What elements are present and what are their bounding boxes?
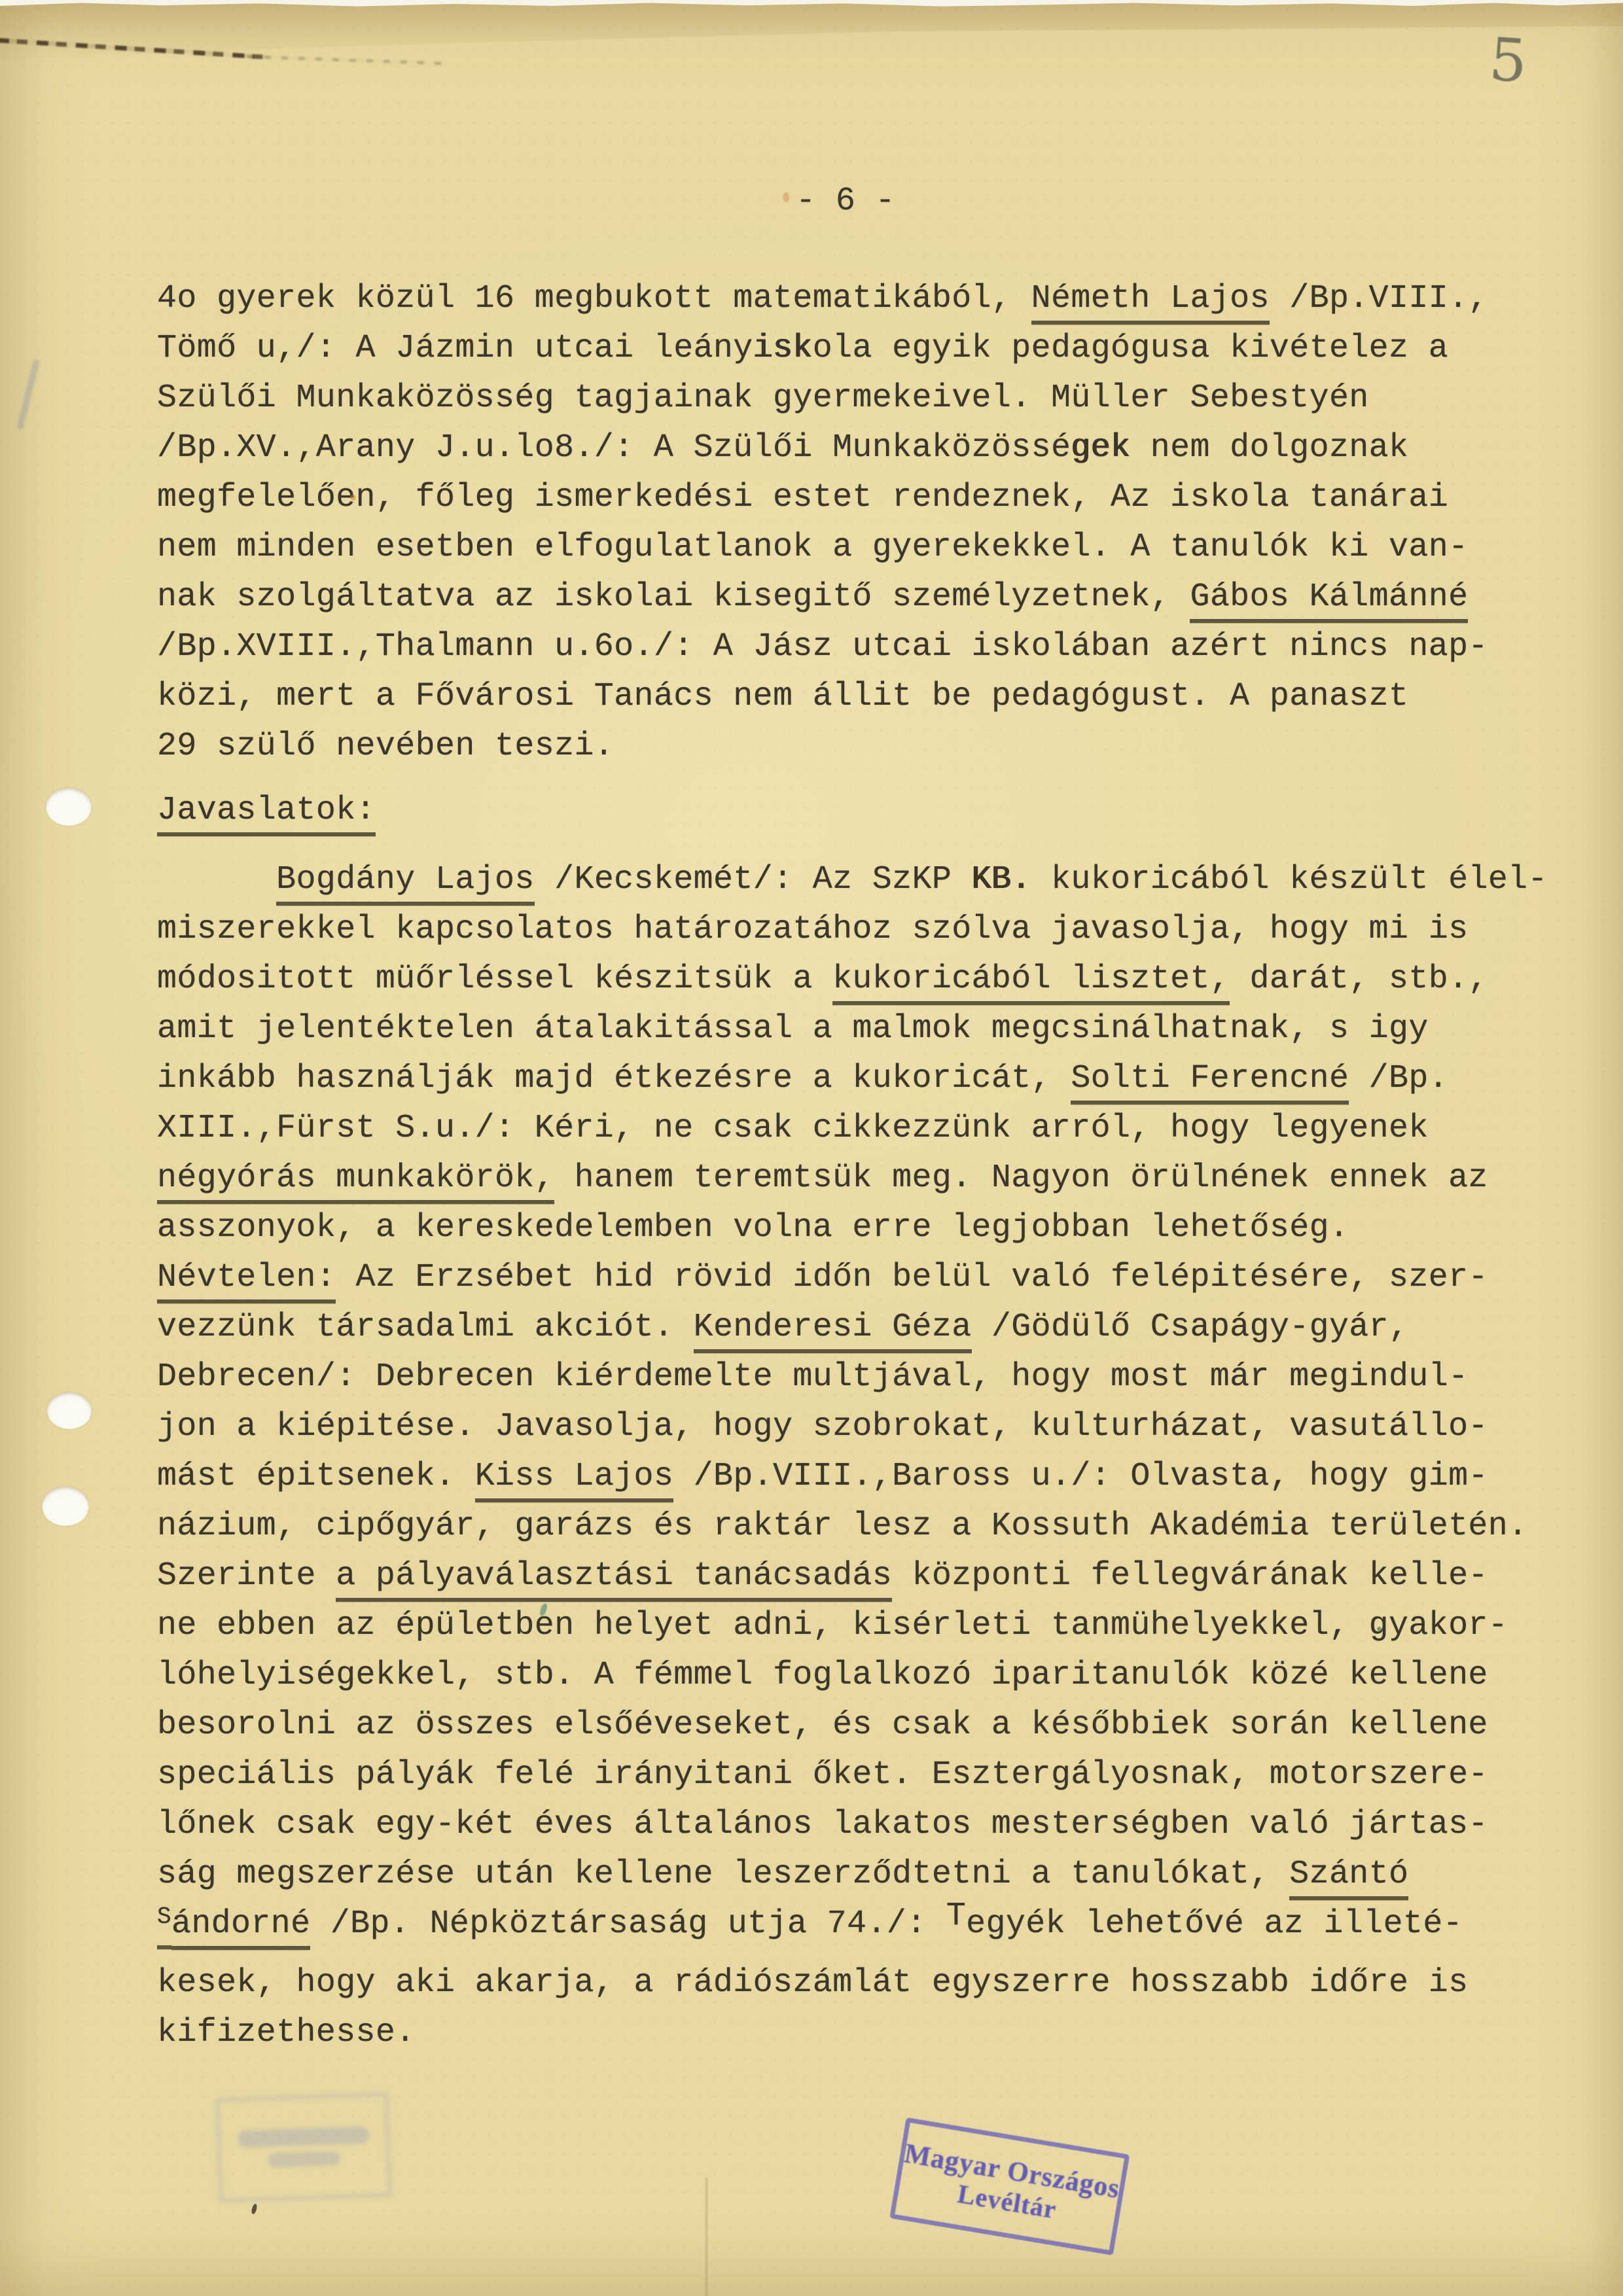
punch-hole <box>47 1392 92 1429</box>
underlined-text: Solti Ferencné <box>1071 1060 1349 1104</box>
text-segment: Szülői Munkaközösség tagjainak gyermekei… <box>157 380 1369 417</box>
underlined-text: négyórás munkakörök, <box>157 1159 554 1204</box>
underlined-text: Szántó <box>1289 1856 1408 1900</box>
text-line: kifizethesse. <box>157 2008 1577 2058</box>
text-segment: darát, stb., <box>1230 961 1488 998</box>
text-segment: /Bp.XV.,Arany J.u.lo8./: A Szülői Munkak… <box>157 429 1071 467</box>
text-segment: /Gödülő Csapágy-gyár, <box>972 1309 1409 1346</box>
text-segment: /Kecskemét/: Az SzKP <box>535 861 972 898</box>
text-segment: nem dolgoznak <box>1130 429 1408 467</box>
text-segment: kifizethesse. <box>157 2014 416 2051</box>
text-segment: közi, mert a Fővárosi Tanács nem állit b… <box>157 678 1408 715</box>
text-segment: nak szolgáltatva az iskolai kisegitő sze… <box>157 578 1190 616</box>
text-line: /Bp.XVIII.,Thalmann u.6o./: A Jász utcai… <box>157 622 1577 672</box>
text-line: nak szolgáltatva az iskolai kisegitő sze… <box>157 573 1577 622</box>
text-line: ne ebben az épületben helyet adni, kisér… <box>157 1601 1577 1651</box>
text-line: Szerinte a pályaválasztási tanácsadás kö… <box>157 1551 1577 1601</box>
text-line: Névtelen: Az Erzsébet hid rövid időn bel… <box>157 1253 1577 1303</box>
text-line: inkább használják majd étkezésre a kukor… <box>157 1054 1577 1104</box>
stamp-bleedthrough-smudge <box>268 2151 340 2168</box>
text-segment: /Bp.VIII., <box>1270 280 1488 317</box>
text-line: négyórás munkakörök, hanem teremtsük meg… <box>157 1154 1577 1203</box>
text-line: /Bp.XV.,Arany J.u.lo8./: A Szülői Munkak… <box>157 423 1577 473</box>
text-segment: módositott müőrléssel készitsük a <box>157 961 832 998</box>
text-line: Bogdány Lajos /Kecskemét/: Az SzKP KB. k… <box>157 855 1577 905</box>
text-line: 29 szülő nevében teszi. <box>157 722 1577 771</box>
text-segment: hanem teremtsük meg. Nagyon örülnének en… <box>554 1159 1488 1197</box>
typewritten-text: 4o gyerek közül 16 megbukott matematikáb… <box>157 274 1577 2058</box>
text-segment: kukoricából készült élel- <box>1031 861 1548 898</box>
text-segment: ne ebben az épületben helyet adni, kisér… <box>157 1607 1508 1644</box>
text-line: miszerekkel kapcsolatos határozatához sz… <box>157 905 1577 955</box>
underlined-text: Javaslatok: <box>157 792 376 836</box>
text-segment: Szerinte <box>157 1557 336 1595</box>
text-segment: lőnek csak egy-két éves általános lakato… <box>157 1806 1488 1843</box>
underlined-text: Kiss Lajos <box>475 1458 674 1502</box>
fold-crease <box>0 38 265 60</box>
text-line: Javaslatok: <box>157 786 1577 836</box>
text-segment: /Bp. Népköztársaság utja 74./: <box>310 1905 946 1943</box>
text-segment: /Bp.XVIII.,Thalmann u.6o./: A Jász utcai… <box>157 628 1488 665</box>
handwritten-page-number: 5 <box>1487 25 1529 96</box>
stamp-bleedthrough <box>215 2092 391 2202</box>
text-segment: ság megszerzése után kellene leszerződte… <box>157 1856 1289 1893</box>
text-segment: KB. <box>972 861 1031 898</box>
text-segment: Tömő u,/: A Jázmin utcai leány <box>157 330 753 367</box>
text-segment: 4o gyerek közül 16 megbukott matematikáb… <box>157 280 1031 317</box>
punch-hole <box>42 1487 89 1526</box>
text-line: ság megszerzése után kellene leszerződte… <box>157 1850 1577 1899</box>
punch-hole <box>46 788 92 826</box>
text-segment <box>157 861 276 898</box>
text-segment: miszerekkel kapcsolatos határozatához sz… <box>157 911 1468 948</box>
torn-paper-edge <box>0 0 1623 10</box>
archive-stamp: Magyar Országos Levéltár <box>889 2117 1130 2255</box>
pencil-margin-mark <box>16 359 40 430</box>
text-line: lőnek csak egy-két éves általános lakato… <box>157 1800 1577 1850</box>
underlined-text: ándorné <box>171 1905 310 1950</box>
text-line: názium, cipőgyár, garázs és raktár lesz … <box>157 1502 1577 1551</box>
page-number: - 6 - <box>34 177 1623 226</box>
text-segment: egyék lehetővé az illeté- <box>966 1905 1463 1943</box>
fold-crease-faint <box>247 55 444 65</box>
text-line: asszonyok, a kereskedelemben volna erre … <box>157 1203 1577 1253</box>
text-line: Debrecen/: Debrecen kiérdemelte multjáva… <box>157 1352 1577 1402</box>
text-segment: inkább használják majd étkezésre a kukor… <box>157 1060 1071 1097</box>
text-line: Sándorné /Bp. Népköztársaság utja 74./: … <box>157 1899 1577 1958</box>
text-segment: speciális pályák felé irányitani őket. E… <box>157 1756 1488 1793</box>
text-line: Szülői Munkaközösség tagjainak gyermekei… <box>157 374 1577 423</box>
text-segment: gek <box>1071 429 1130 467</box>
underlined-text: a pályaválasztási tanácsadás <box>336 1557 892 1602</box>
text-segment: asszonyok, a kereskedelemben volna erre … <box>157 1209 1349 1246</box>
text-line: módositott müőrléssel készitsük a kukori… <box>157 955 1577 1004</box>
text-line: Tömő u,/: A Jázmin utcai leányiskola egy… <box>157 324 1577 374</box>
text-line: besorolni az összes elsőéveseket, és csa… <box>157 1701 1577 1750</box>
text-line: megfelelően, főleg ismerkedési estet ren… <box>157 473 1577 523</box>
text-line: XIII.,Fürst S.u./: Kéri, ne csak cikkezz… <box>157 1104 1577 1154</box>
text-segment: nem minden esetben elfogulatlanok a gyer… <box>157 529 1468 566</box>
underlined-text: Németh Lajos <box>1031 280 1270 325</box>
underlined-text: kukoricából lisztet, <box>832 961 1230 1005</box>
text-line: kesek, hogy aki akarja, a rádiószámlát e… <box>157 1958 1577 2008</box>
text-segment: Debrecen/: Debrecen kiérdemelte multjáva… <box>157 1358 1468 1396</box>
text-segment: isk <box>753 330 813 367</box>
text-line: nem minden esetben elfogulatlanok a gyer… <box>157 523 1577 573</box>
text-segment: központi fellegvárának kelle- <box>892 1557 1488 1595</box>
text-line: vezzünk társadalmi akciót. Kenderesi Géz… <box>157 1303 1577 1352</box>
stamp-bleedthrough-smudge <box>238 2127 369 2148</box>
text-segment: /Bp. <box>1349 1060 1448 1097</box>
text-line: közi, mert a Fővárosi Tanács nem állit b… <box>157 672 1577 722</box>
text-segment: /Bp.VIII.,Baross u./: Olvasta, hogy gim- <box>673 1458 1488 1495</box>
underlined-text: S <box>157 1892 171 1949</box>
text-segment: besorolni az összes elsőéveseket, és csa… <box>157 1706 1488 1744</box>
text-line: mást épitsenek. Kiss Lajos /Bp.VIII.,Bar… <box>157 1452 1577 1502</box>
scanned-document-page: 5 - 6 - 4o gyerek közül 16 megbukott mat… <box>0 0 1623 2296</box>
underlined-text: Kenderesi Géza <box>694 1309 972 1353</box>
text-segment: jon a kiépitése. Javasolja, hogy szobrok… <box>157 1408 1488 1445</box>
underlined-text: Névtelen: <box>157 1259 336 1303</box>
text-segment: názium, cipőgyár, garázs és raktár lesz … <box>157 1508 1528 1545</box>
text-line: 4o gyerek közül 16 megbukott matematikáb… <box>157 274 1577 324</box>
underlined-text: Gábos Kálmánné <box>1190 578 1468 623</box>
text-line: speciális pályák felé irányitani őket. E… <box>157 1750 1577 1800</box>
text-line: lóhelyiségekkel, stb. A fémmel foglalkoz… <box>157 1651 1577 1701</box>
text-segment: mást épitsenek. <box>157 1458 475 1495</box>
text-segment: T <box>946 1892 966 1941</box>
vertical-crease <box>705 2178 707 2296</box>
ink-speck <box>251 2203 258 2214</box>
text-segment: lóhelyiségekkel, stb. A fémmel foglalkoz… <box>157 1657 1488 1694</box>
text-segment: ola egyik pedagógusa kivételez a <box>813 330 1448 367</box>
text-segment: XIII.,Fürst S.u./: Kéri, ne csak cikkezz… <box>157 1110 1429 1147</box>
text-line: jon a kiépitése. Javasolja, hogy szobrok… <box>157 1402 1577 1452</box>
text-segment: Az Erzsébet hid rövid időn belül való fe… <box>336 1259 1488 1296</box>
text-segment: megfelelően, főleg ismerkedési estet ren… <box>157 479 1448 516</box>
underlined-text: Bogdány Lajos <box>276 861 535 906</box>
text-line: amit jelentéktelen átalakitással a malmo… <box>157 1004 1577 1054</box>
text-segment: kesek, hogy aki akarja, a rádiószámlát e… <box>157 1964 1468 2002</box>
text-segment: vezzünk társadalmi akciót. <box>157 1309 694 1346</box>
text-segment: 29 szülő nevében teszi. <box>157 728 614 765</box>
text-segment: amit jelentéktelen átalakitással a malmo… <box>157 1010 1429 1048</box>
